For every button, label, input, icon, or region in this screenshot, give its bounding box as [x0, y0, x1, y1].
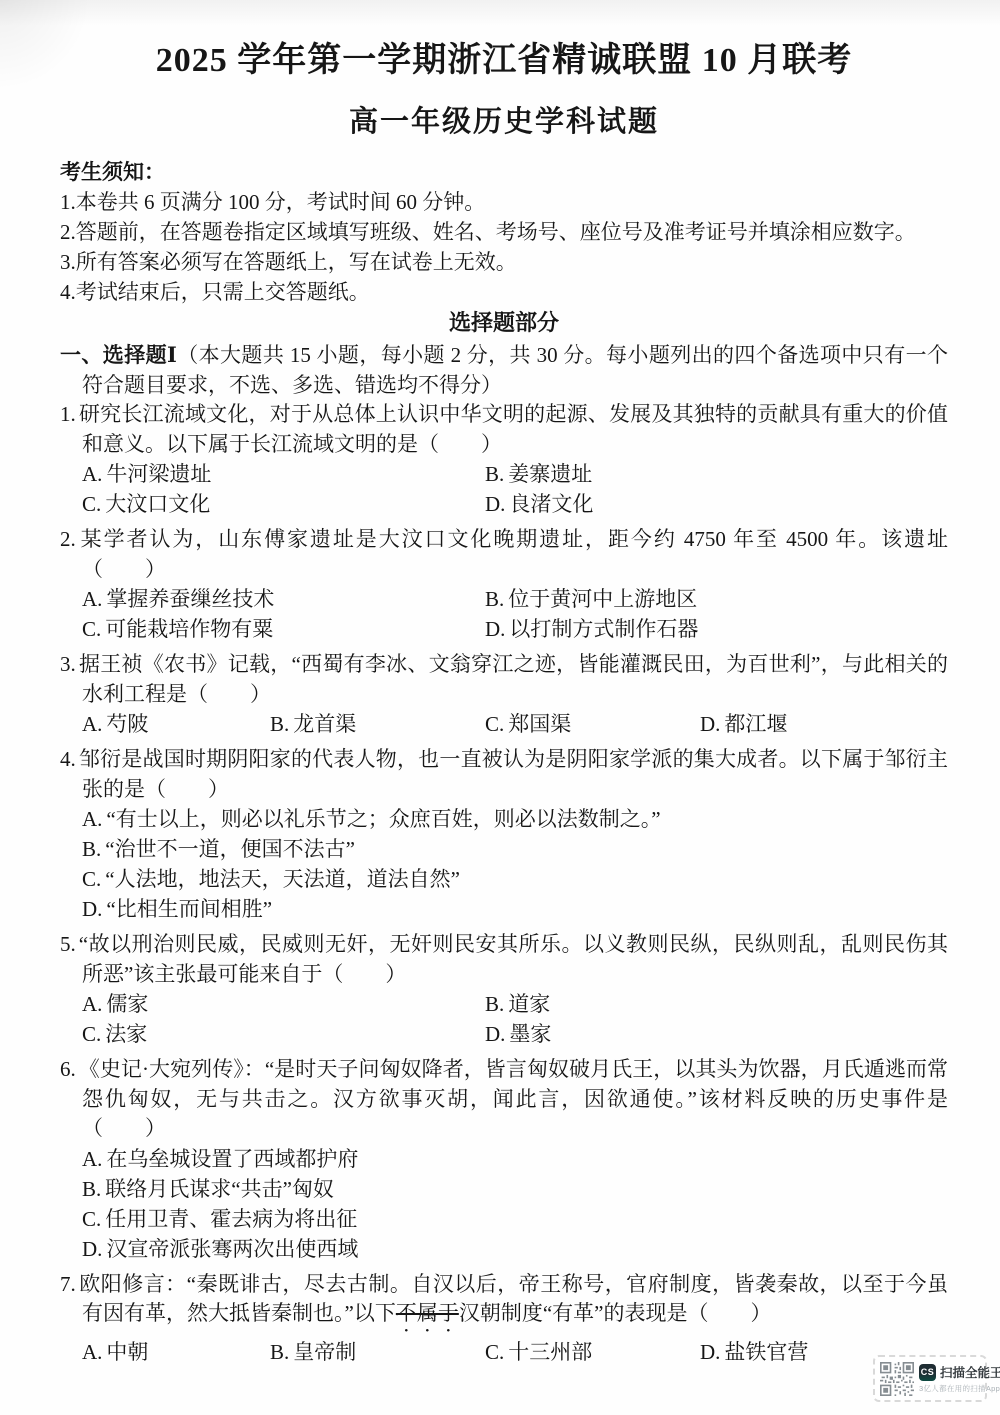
exam-content: 2025 学年第一学期浙江省精诚联盟 10 月联考 高一年级历史学科试题 考生须… — [0, 0, 1000, 1367]
watermark-badge: CS 扫描全能王 3亿人都在用的扫描App — [873, 1355, 987, 1402]
question-text: 7.欧阳修言：“秦既诽古，尽去古制。自汉以后，帝王称号，官府制度，皆袭秦故，以至… — [60, 1270, 948, 1338]
options: A.儒家B.道家C.法家D.墨家 — [82, 989, 948, 1049]
question-number: 5. — [60, 932, 79, 956]
section-intro: 一、选择题Ⅰ（本大题共 15 小题，每小题 2 分，共 30 分。每小题列出的四… — [60, 341, 948, 400]
option-text: 良渚文化 — [509, 492, 593, 516]
question-segment: 汉朝制度“有革”的表现是（ ） — [459, 1301, 772, 1325]
option-A: A.“有士以上，则必以礼乐节之；众庶百姓，则必以法数制之。” — [82, 804, 948, 834]
option-label: C. — [485, 712, 508, 736]
option-B: B.姜寨遗址 — [485, 459, 948, 489]
option-C: C.法家 — [82, 1019, 485, 1049]
options: A.掌握养蚕缫丝技术B.位于黄河中上游地区C.可能栽培作物有粟D.以打制方式制作… — [82, 584, 948, 644]
option-text: 位于黄河中上游地区 — [508, 587, 697, 611]
option-label: B. — [82, 1177, 105, 1201]
option-C: C.任用卫青、霍去病为将出征 — [82, 1204, 948, 1234]
question-number: 3. — [60, 652, 79, 676]
option-C: C.“人法地，地法天，天法道，道法自然” — [82, 864, 948, 894]
section-intro-rest: （本大题共 15 小题，每小题 2 分，共 30 分。每小题列出的四个备选项中只… — [82, 343, 948, 397]
question-text: 2.某学者认为，山东傅家遗址是大汶口文化晚期遗址，距今约 4750 年至 450… — [60, 525, 948, 584]
option-text: 墨家 — [509, 1022, 551, 1046]
option-text: 都江堰 — [724, 712, 787, 736]
question-segment: 《史记·大宛列传》：“是时天子问匈奴降者，皆言匈奴破月氏王，以其头为饮器，月氏遁… — [79, 1057, 948, 1140]
question-text: 3.据王祯《农书》记载，“西蜀有李冰、文翁穿江之迹，皆能灌溉民田，为百世利”，与… — [60, 650, 948, 709]
option-label: A. — [82, 462, 106, 486]
option-A: A.在乌垒城设置了西域都护府 — [82, 1144, 948, 1174]
option-text: 以打制方式制作石器 — [509, 617, 698, 641]
options: A.在乌垒城设置了西域都护府B.联络月氏谋求“共击”匈奴C.任用卫青、霍去病为将… — [82, 1144, 948, 1264]
question-number: 2. — [60, 527, 79, 551]
option-A: A.牛河梁遗址 — [82, 459, 485, 489]
question: 5.“故以刑治则民威，民威则无奸，无奸则民安其所乐。以义教则民纵，民纵则乱，乱则… — [60, 930, 948, 1049]
options: A.“有士以上，则必以礼乐节之；众庶百姓，则必以法数制之。”B.“治世不一道，便… — [82, 804, 948, 924]
option-text: 芍陂 — [106, 712, 148, 736]
option-text: 联络月氏谋求“共击”匈奴 — [105, 1177, 334, 1201]
option-label: A. — [82, 807, 106, 831]
question-segment: 邹衍是战国时期阴阳家的代表人物，也一直被认为是阴阳家学派的集大成者。以下属于邹衍… — [79, 747, 948, 801]
option-text: 盐铁官营 — [724, 1340, 808, 1364]
option-C: C.十三州部 — [485, 1337, 700, 1367]
option-A: A.中朝 — [82, 1337, 270, 1367]
notice-item: 2.答题前，在答题卷指定区域填写班级、姓名、考场号、座位号及准考证号并填涂相应数… — [60, 217, 948, 247]
question-segment: 研究长江流域文化，对于从总体上认识中华文明的起源、发展及其独特的贡献具有重大的价… — [79, 402, 948, 456]
option-label: A. — [82, 1147, 106, 1171]
option-text: 儒家 — [106, 992, 148, 1016]
emphasized-text: 不属于 — [396, 1301, 459, 1325]
option-D: D.以打制方式制作石器 — [485, 614, 948, 644]
option-B: B.“治世不一道，便国不法古” — [82, 834, 948, 864]
option-text: 十三州部 — [508, 1340, 592, 1364]
option-C: C.郑国渠 — [485, 709, 700, 739]
qr-code-icon — [880, 1362, 914, 1396]
option-A: A.儒家 — [82, 989, 485, 1019]
option-label: C. — [82, 1207, 105, 1231]
option-text: “有士以上，则必以礼乐节之；众庶百姓，则必以法数制之。” — [106, 807, 660, 831]
question: 4.邹衍是战国时期阴阳家的代表人物，也一直被认为是阴阳家学派的集大成者。以下属于… — [60, 745, 948, 924]
option-label: A. — [82, 1340, 106, 1364]
option-D: D.都江堰 — [700, 709, 948, 739]
page-title: 2025 学年第一学期浙江省精诚联盟 10 月联考 — [60, 40, 948, 83]
option-label: A. — [82, 992, 106, 1016]
question-text: 1.研究长江流域文化，对于从总体上认识中华文明的起源、发展及其独特的贡献具有重大… — [60, 400, 948, 459]
option-A: A.掌握养蚕缫丝技术 — [82, 584, 485, 614]
watermark-text: CS 扫描全能王 3亿人都在用的扫描App — [919, 1363, 1000, 1394]
exam-page: 2025 学年第一学期浙江省精诚联盟 10 月联考 高一年级历史学科试题 考生须… — [0, 0, 1000, 1415]
option-text: 汉宣帝派张骞两次出使西域 — [106, 1237, 358, 1261]
option-text: 在乌垒城设置了西域都护府 — [106, 1147, 358, 1171]
option-B: B.龙首渠 — [270, 709, 485, 739]
question: 7.欧阳修言：“秦既诽古，尽去古制。自汉以后，帝王称号，官府制度，皆袭秦故，以至… — [60, 1270, 948, 1368]
question: 3.据王祯《农书》记载，“西蜀有李冰、文翁穿江之迹，皆能灌溉民田，为百世利”，与… — [60, 650, 948, 739]
question-text: 5.“故以刑治则民威，民威则无奸，无奸则民安其所乐。以义教则民纵，民纵则乱，乱则… — [60, 930, 948, 989]
option-label: D. — [485, 492, 509, 516]
options: A.中朝B.皇帝制C.十三州部D.盐铁官营 — [82, 1337, 948, 1367]
option-label: D. — [700, 1340, 724, 1364]
option-text: 牛河梁遗址 — [106, 462, 211, 486]
option-B: B.联络月氏谋求“共击”匈奴 — [82, 1174, 948, 1204]
option-B: B.道家 — [485, 989, 948, 1019]
option-D: D.墨家 — [485, 1019, 948, 1049]
option-text: 道家 — [508, 992, 550, 1016]
option-label: D. — [700, 712, 724, 736]
option-label: C. — [82, 867, 105, 891]
questions: 1.研究长江流域文化，对于从总体上认识中华文明的起源、发展及其独特的贡献具有重大… — [60, 400, 948, 1367]
question-text: 4.邹衍是战国时期阴阳家的代表人物，也一直被认为是阴阳家学派的集大成者。以下属于… — [60, 745, 948, 804]
notice-item: 4.考试结束后，只需上交答题纸。 — [60, 277, 948, 307]
notice-item: 1.本卷共 6 页满分 100 分，考试时间 60 分钟。 — [60, 187, 948, 217]
option-D: D.良渚文化 — [485, 489, 948, 519]
notice-heading: 考生须知： — [60, 157, 948, 187]
options: A.牛河梁遗址B.姜寨遗址C.大汶口文化D.良渚文化 — [82, 459, 948, 519]
question-segment: 据王祯《农书》记载，“西蜀有李冰、文翁穿江之迹，皆能灌溉民田，为百世利”，与此相… — [79, 652, 948, 706]
option-label: C. — [82, 1022, 105, 1046]
option-label: C. — [82, 617, 105, 641]
option-text: 任用卫青、霍去病为将出征 — [105, 1207, 357, 1231]
option-label: A. — [82, 712, 106, 736]
question-segment: “故以刑治则民威，民威则无奸，无奸则民安其所乐。以义教则民纵，民纵则乱，乱则民伤… — [79, 932, 948, 986]
question-number: 4. — [60, 747, 79, 771]
camscanner-logo: CS — [919, 1364, 936, 1381]
question-number: 6. — [60, 1057, 79, 1081]
option-B: B.皇帝制 — [270, 1337, 485, 1367]
options: A.芍陂B.龙首渠C.郑国渠D.都江堰 — [82, 709, 948, 739]
option-label: B. — [82, 837, 105, 861]
question-segment: 某学者认为，山东傅家遗址是大汶口文化晚期遗址，距今约 4750 年至 4500 … — [79, 527, 948, 581]
option-text: 可能栽培作物有粟 — [105, 617, 273, 641]
option-label: D. — [82, 897, 106, 921]
watermark-tagline: 3亿人都在用的扫描App — [919, 1383, 1000, 1394]
option-text: 大汶口文化 — [105, 492, 210, 516]
option-label: A. — [82, 587, 106, 611]
option-label: B. — [485, 587, 508, 611]
option-label: B. — [485, 992, 508, 1016]
question: 1.研究长江流域文化，对于从总体上认识中华文明的起源、发展及其独特的贡献具有重大… — [60, 400, 948, 519]
option-label: B. — [485, 462, 508, 486]
option-label: D. — [485, 1022, 509, 1046]
option-label: C. — [485, 1340, 508, 1364]
option-text: 郑国渠 — [508, 712, 571, 736]
page-subtitle: 高一年级历史学科试题 — [60, 105, 948, 140]
option-text: “治世不一道，便国不法古” — [105, 837, 355, 861]
option-label: B. — [270, 712, 293, 736]
option-D: D.汉宣帝派张骞两次出使西域 — [82, 1234, 948, 1264]
question-number: 7. — [60, 1272, 79, 1296]
option-text: 法家 — [105, 1022, 147, 1046]
question: 6.《史记·大宛列传》：“是时天子问匈奴降者，皆言匈奴破月氏王，以其头为饮器，月… — [60, 1055, 948, 1264]
part-title: 选择题部分 — [60, 308, 948, 338]
notice: 考生须知： 1.本卷共 6 页满分 100 分，考试时间 60 分钟。 2.答题… — [60, 157, 948, 307]
notice-item: 3.所有答案必须写在答题纸上，写在试卷上无效。 — [60, 247, 948, 277]
option-text: “人法地，地法天，天法道，道法自然” — [105, 867, 460, 891]
watermark-app-name: 扫描全能王 — [940, 1363, 1000, 1381]
option-B: B.位于黄河中上游地区 — [485, 584, 948, 614]
question: 2.某学者认为，山东傅家遗址是大汶口文化晚期遗址，距今约 4750 年至 450… — [60, 525, 948, 644]
option-A: A.芍陂 — [82, 709, 270, 739]
option-label: C. — [82, 492, 105, 516]
option-text: “比相生而间相胜” — [106, 897, 272, 921]
option-D: D.“比相生而间相胜” — [82, 894, 948, 924]
option-C: C.大汶口文化 — [82, 489, 485, 519]
option-text: 中朝 — [106, 1340, 148, 1364]
question-text: 6.《史记·大宛列传》：“是时天子问匈奴降者，皆言匈奴破月氏王，以其头为饮器，月… — [60, 1055, 948, 1144]
option-label: D. — [485, 617, 509, 641]
option-text: 皇帝制 — [293, 1340, 356, 1364]
option-C: C.可能栽培作物有粟 — [82, 614, 485, 644]
section-intro-lead: 一、选择题Ⅰ — [60, 343, 177, 367]
option-text: 掌握养蚕缫丝技术 — [106, 587, 274, 611]
option-label: D. — [82, 1237, 106, 1261]
option-text: 龙首渠 — [293, 712, 356, 736]
question-number: 1. — [60, 402, 79, 426]
option-text: 姜寨遗址 — [508, 462, 592, 486]
option-label: B. — [270, 1340, 293, 1364]
